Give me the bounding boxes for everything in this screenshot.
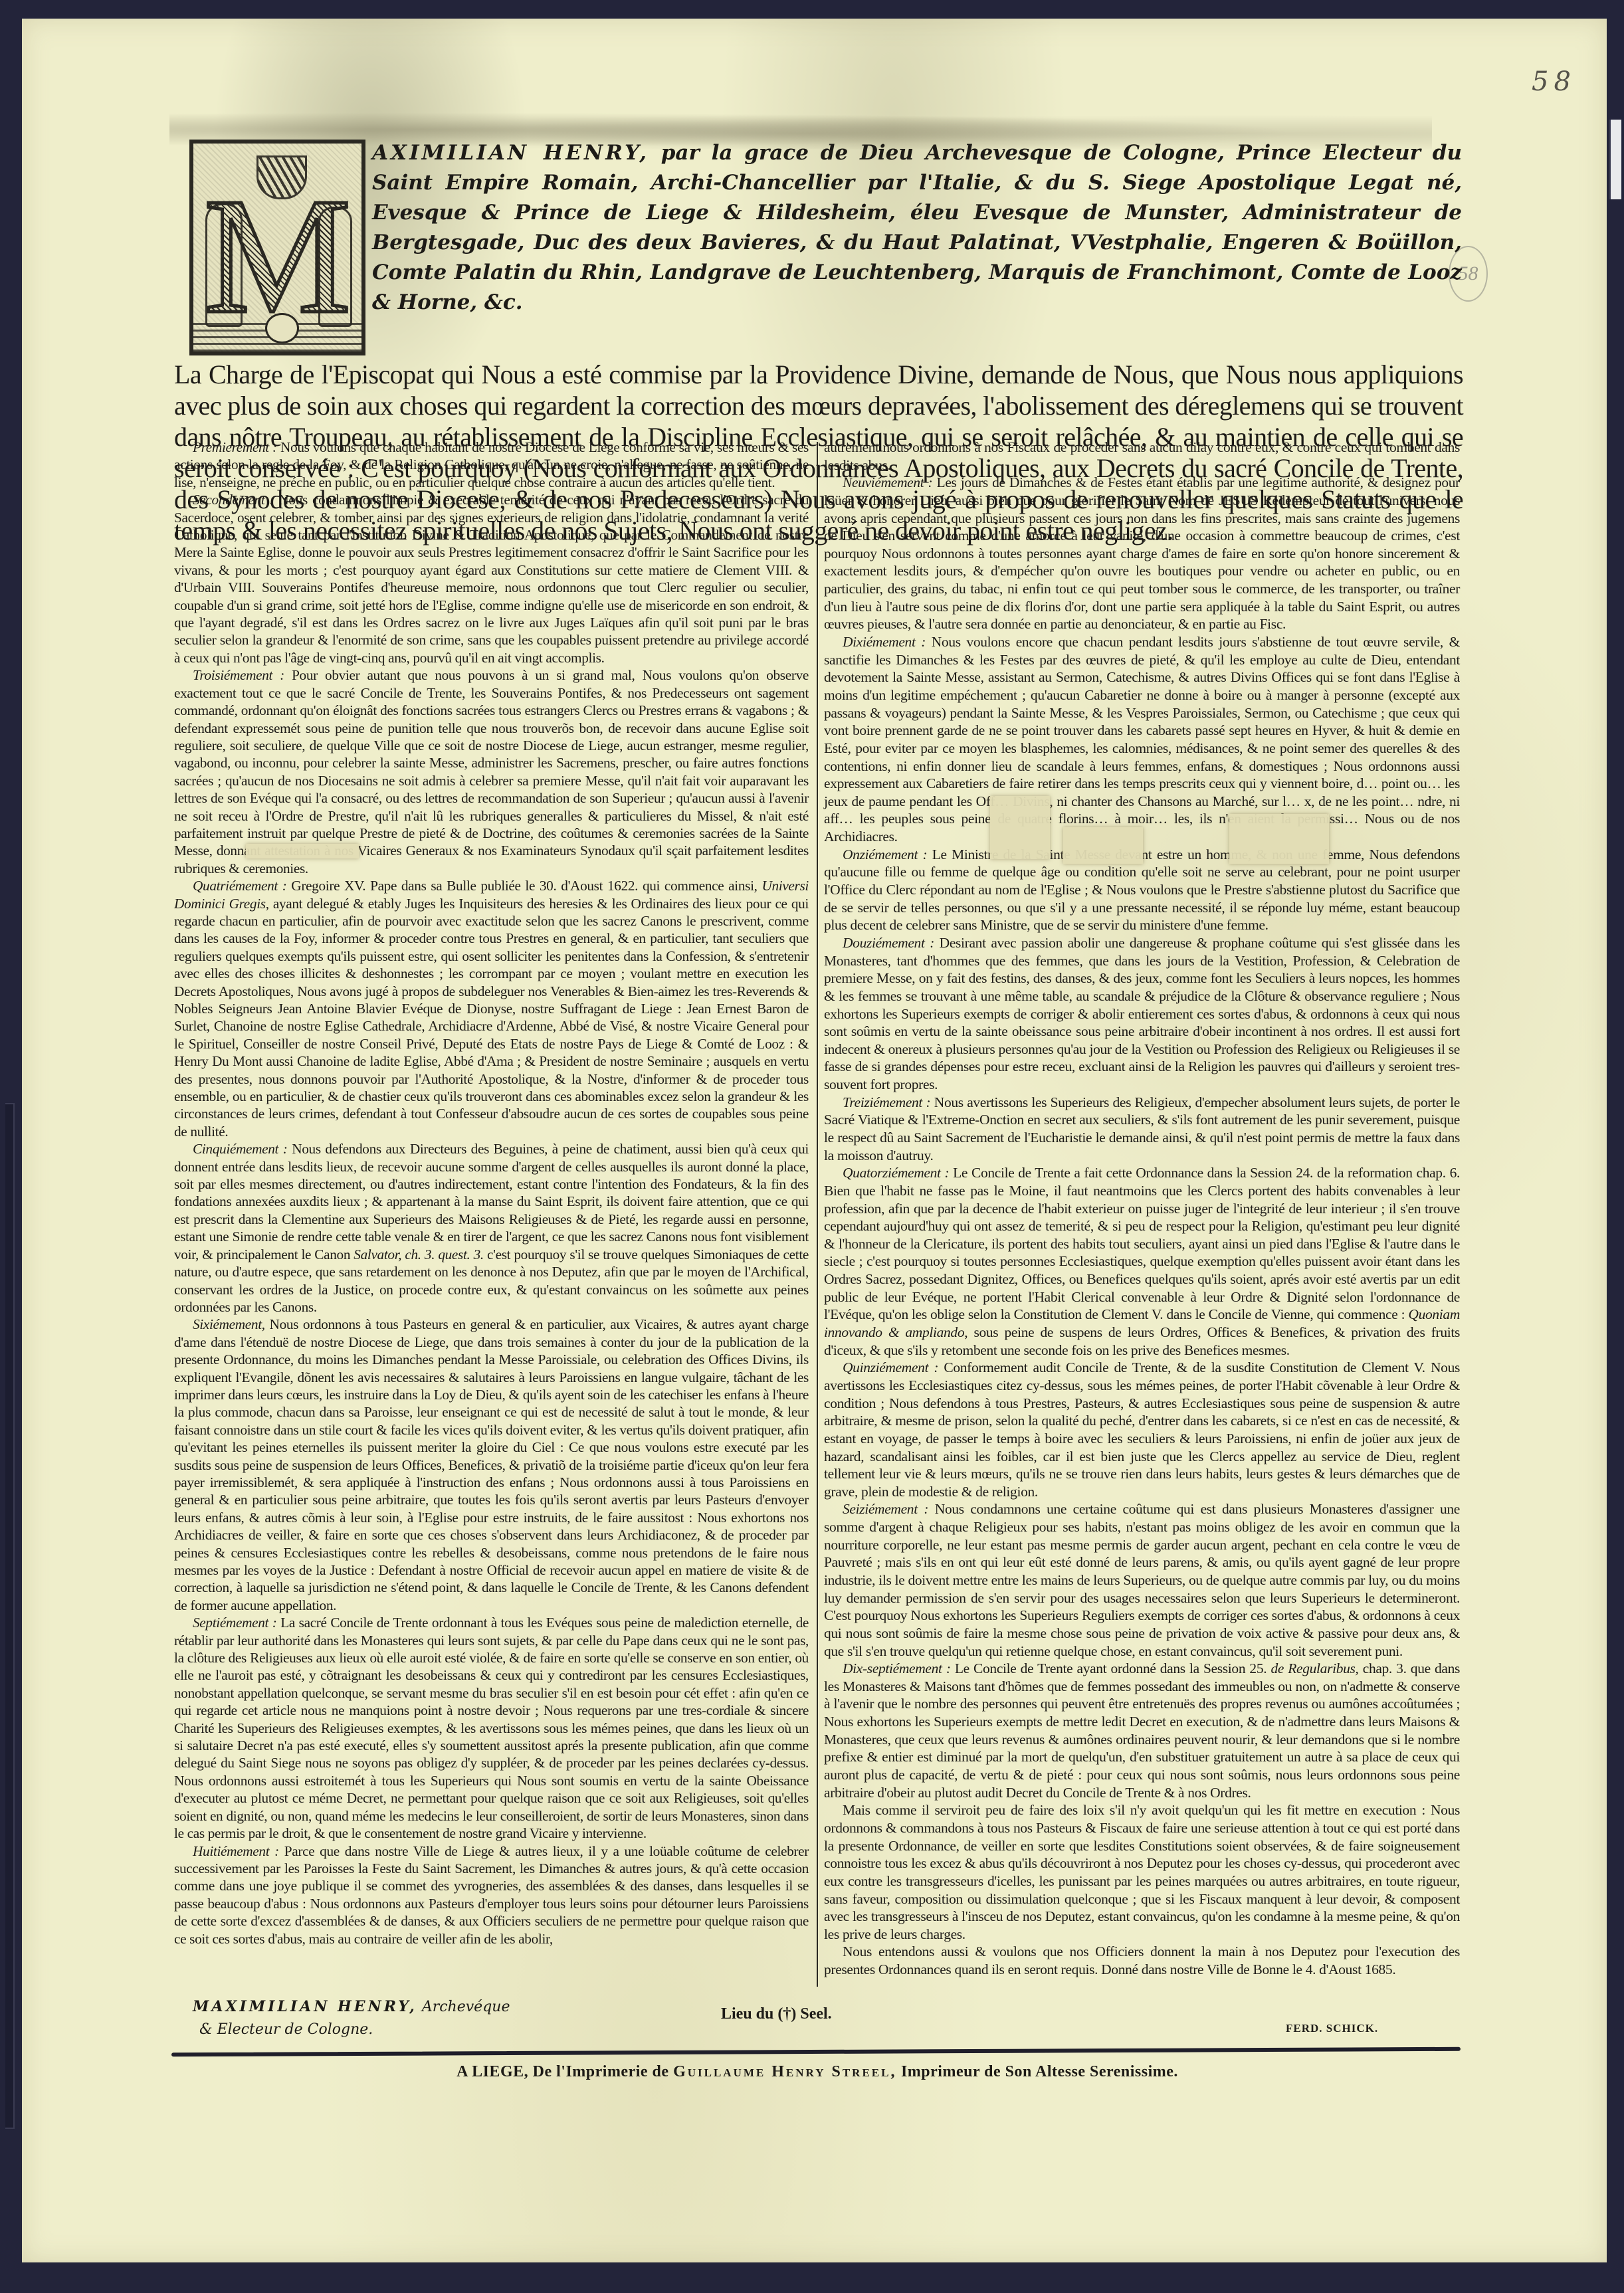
article-ordinal: Seiziémement : — [843, 1501, 928, 1517]
article-ordinal: Sixiémement, — [193, 1316, 265, 1332]
right-column: autrement nous ordonnons à nos Fiscaux d… — [824, 439, 1460, 1979]
imprint-prefix: A LIEGE, De l'Imprimerie de — [457, 2063, 668, 2080]
imprint-printer: Guillaume Henry Streel, — [673, 2063, 896, 2080]
seal-placeholder: Lieu du (†) Seel. — [721, 2005, 832, 2023]
article-paragraph: Quinziémement : Conformement audit Conci… — [824, 1359, 1460, 1500]
article-ordinal: Huitiémement : — [193, 1843, 279, 1859]
article-paragraph: Secondement : Nous condamnons l'impie & … — [174, 491, 809, 666]
signature-block: MAXIMILIAN HENRY, Archevéque & Electeur … — [193, 1995, 510, 2041]
article-paragraph: Dix-septiémement : Le Concile de Trente … — [824, 1660, 1460, 1801]
article-text: Le Concile de Trente ayant ordonné dans … — [955, 1660, 1271, 1676]
article-paragraph: Neuviémement : Les jours de Dimanches & … — [824, 474, 1460, 633]
mount-label-strip — [1609, 120, 1621, 199]
article-ordinal: Neuviémement : — [843, 474, 932, 490]
signatory-name: MAXIMILIAN HENRY, — [193, 1998, 417, 2015]
countersignature: FERD. SCHICK. — [1286, 2022, 1378, 2035]
latin-citation: Salvator, ch. 3. quest. 3. — [354, 1246, 484, 1262]
article-paragraph: Septiémement : La sacré Concile de Trent… — [174, 1614, 809, 1842]
title-block: AXIMILIAN HENRY, par la grace de Dieu Ar… — [372, 138, 1462, 318]
article-ordinal: Septiémement : — [193, 1615, 277, 1631]
left-column: Premierement : Nous voulons que chaque h… — [174, 439, 809, 1947]
article-ordinal: Treiziémement : — [843, 1094, 930, 1110]
article-paragraph: Quatriémement : Gregoire XV. Pape dans s… — [174, 877, 809, 1140]
title-text: par la grace de Dieu Archevesque de Colo… — [372, 141, 1462, 314]
article-text: Nous defendons aux Directeurs des Beguin… — [174, 1141, 809, 1262]
article-ordinal: Quatorziémement : — [843, 1165, 949, 1181]
article-text: Les jours de Dimanches & de Festes étant… — [824, 474, 1460, 632]
article-paragraph: Sixiémement, Nous ordonnons à tous Paste… — [174, 1316, 809, 1614]
imprint-suffix: Imprimeur de Son Altesse Serenissime. — [901, 2063, 1178, 2080]
article-paragraph: Seiziémement : Nous condamnons une certa… — [824, 1500, 1460, 1660]
article-paragraph: Mais comme il serviroit peu de faire des… — [824, 1801, 1460, 1943]
article-text: Conformement audit Concile de Trente, & … — [824, 1359, 1460, 1499]
article-ordinal: Cinquiémement : — [193, 1141, 288, 1157]
article-text: autrement nous ordonnons à nos Fiscaux d… — [824, 439, 1460, 473]
article-text: La sacré Concile de Trente ordonnant à t… — [174, 1615, 809, 1841]
article-ordinal: Dixiémement : — [843, 634, 926, 650]
latin-citation: de Regularibus, — [1270, 1660, 1358, 1676]
article-text: Nous condamnons une certaine coûtume qui… — [824, 1501, 1460, 1658]
article-ordinal: Troisiémement : — [193, 667, 284, 683]
article-text: Nous entendons aussi & voulons que nos O… — [824, 1944, 1460, 1977]
torn-damage-area — [990, 796, 1050, 859]
article-text: chap. 3. que dans les Monasteres & Maiso… — [824, 1660, 1460, 1800]
article-ordinal: Premierement : — [193, 439, 277, 455]
article-paragraph: Premierement : Nous voulons que chaque h… — [174, 439, 809, 491]
woodcut-initial: M — [189, 140, 365, 355]
article-text: Desirant avec passion abolir une dangere… — [824, 935, 1460, 1092]
article-ordinal: Quinziémement : — [843, 1359, 938, 1375]
initial-letter: M — [193, 183, 361, 330]
torn-damage-area — [1063, 827, 1143, 864]
signatory-title-2: & Electeur de Cologne. — [193, 2019, 510, 2041]
article-text: , ayant delegué & etably Juges les Inqui… — [174, 896, 809, 1140]
article-ordinal: Dix-septiémement : — [843, 1660, 951, 1676]
folio-number: 58 — [1532, 66, 1576, 97]
column-divider — [817, 442, 818, 1987]
article-ordinal: Secondement : — [193, 492, 274, 508]
article-ordinal: Onziémement : — [843, 847, 927, 862]
article-ordinal: Douziémement : — [843, 935, 934, 951]
article-paragraph: Dixiémement : Nous voulons encore que ch… — [824, 633, 1460, 846]
article-text: Nous condamnons l'impie & execrable teme… — [174, 492, 809, 666]
article-text: Nous voulons encore que chacun pendant l… — [824, 634, 1460, 845]
article-text: Gregoire XV. Pape dans sa Bulle publiée … — [291, 878, 761, 894]
article-paragraph: Nous entendons aussi & voulons que nos O… — [824, 1943, 1460, 1978]
torn-damage-area — [1229, 814, 1329, 864]
article-text: Nous ordonnons à tous Pasteurs en genera… — [174, 1316, 809, 1613]
article-ordinal: Quatriémement : — [193, 878, 286, 894]
printer-imprint: A LIEGE, De l'Imprimerie de Guillaume He… — [166, 2063, 1469, 2081]
torn-damage-area — [246, 844, 359, 858]
article-paragraph: Huitiémement : Parce que dans nostre Vil… — [174, 1843, 809, 1947]
article-paragraph: Quatorziémement : Le Concile de Trente a… — [824, 1164, 1460, 1359]
article-text: Le Concile de Trente a fait cette Ordonn… — [824, 1165, 1460, 1322]
cherub-head-icon — [265, 313, 299, 344]
title-name: AXIMILIAN HENRY, — [372, 141, 649, 165]
article-paragraph: Treiziémement : Nous avertissons les Sup… — [824, 1094, 1460, 1165]
article-paragraph: Douziémement : Desirant avec passion abo… — [824, 934, 1460, 1094]
article-paragraph: Cinquiémement : Nous defendons aux Direc… — [174, 1140, 809, 1316]
article-text: Mais comme il serviroit peu de faire des… — [824, 1802, 1460, 1942]
mount-board-edge — [5, 1103, 15, 2129]
article-paragraph: autrement nous ordonnons à nos Fiscaux d… — [824, 439, 1460, 474]
signatory-title: Archevéque — [422, 1999, 510, 2015]
